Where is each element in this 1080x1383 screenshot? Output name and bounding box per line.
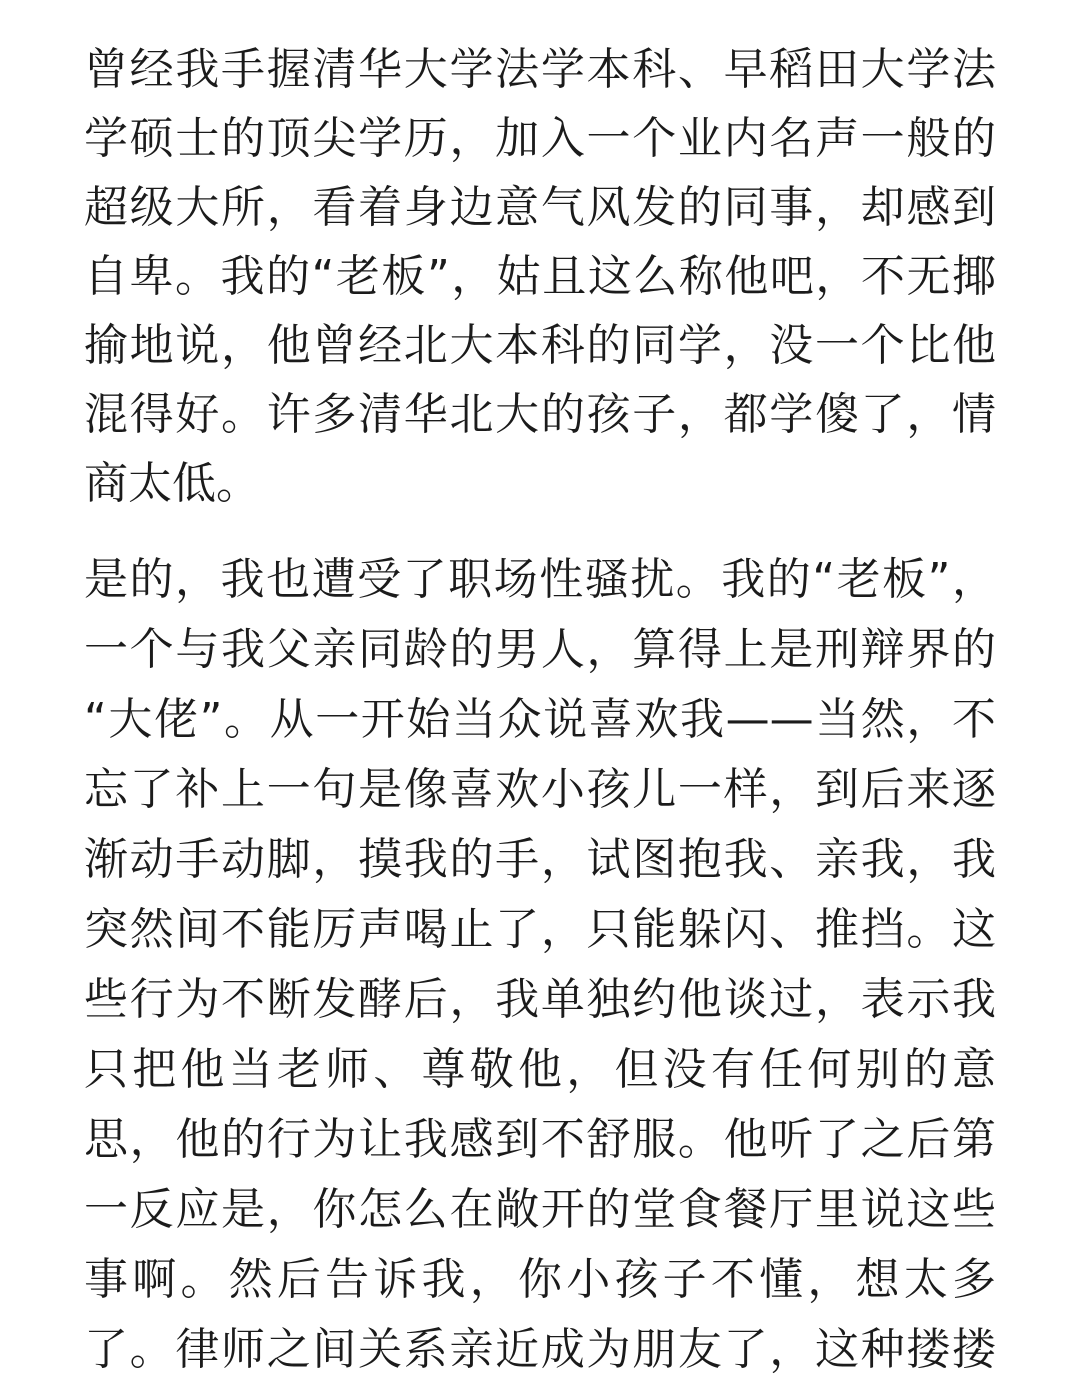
text-line: 混得好。许多清华北大的孩子，都学傻了，情: [84, 390, 996, 440]
text-line: 一反应是，你怎么在敞开的堂食餐厅里说这些: [84, 1185, 996, 1235]
text-line: “大佬”。从一开始当众说喜欢我——当然，不: [84, 695, 996, 745]
text-line: 渐动手动脚，摸我的手，试图抱我、亲我，我: [84, 835, 996, 885]
text-line: 突然间不能厉声喝止了，只能躲闪、推挡。这: [84, 905, 996, 955]
text-line: 超级大所，看着身边意气风发的同事，却感到: [84, 183, 996, 233]
text-line: 学硕士的顶尖学历，加入一个业内名声一般的: [84, 114, 996, 164]
text-line: 事啊。然后告诉我，你小孩子不懂，想太多: [84, 1255, 996, 1305]
text-line: 自卑。我的“老板”，姑且这么称他吧，不无揶: [84, 252, 996, 302]
text-line: 只把他当老师、尊敬他，但没有任何别的意: [84, 1045, 996, 1095]
text-line: 一个与我父亲同龄的男人，算得上是刑辩界的: [84, 625, 996, 675]
text-line: 是的，我也遭受了职场性骚扰。我的“老板”，: [84, 555, 996, 605]
text-line: 商太低。: [84, 459, 996, 509]
text-line: 曾经我手握清华大学法学本科、早稻田大学法: [84, 45, 996, 95]
text-line: 揄地说，他曾经北大本科的同学，没一个比他: [84, 321, 996, 371]
text-line: 些行为不断发酵后，我单独约他谈过，表示我: [84, 975, 996, 1025]
text-line: 思，他的行为让我感到不舒服。他听了之后第: [84, 1115, 996, 1165]
text-line: 了。律师之间关系亲近成为朋友了，这种搂搂: [84, 1325, 996, 1375]
text-line: 忘了补上一句是像喜欢小孩儿一样，到后来逐: [84, 765, 996, 815]
